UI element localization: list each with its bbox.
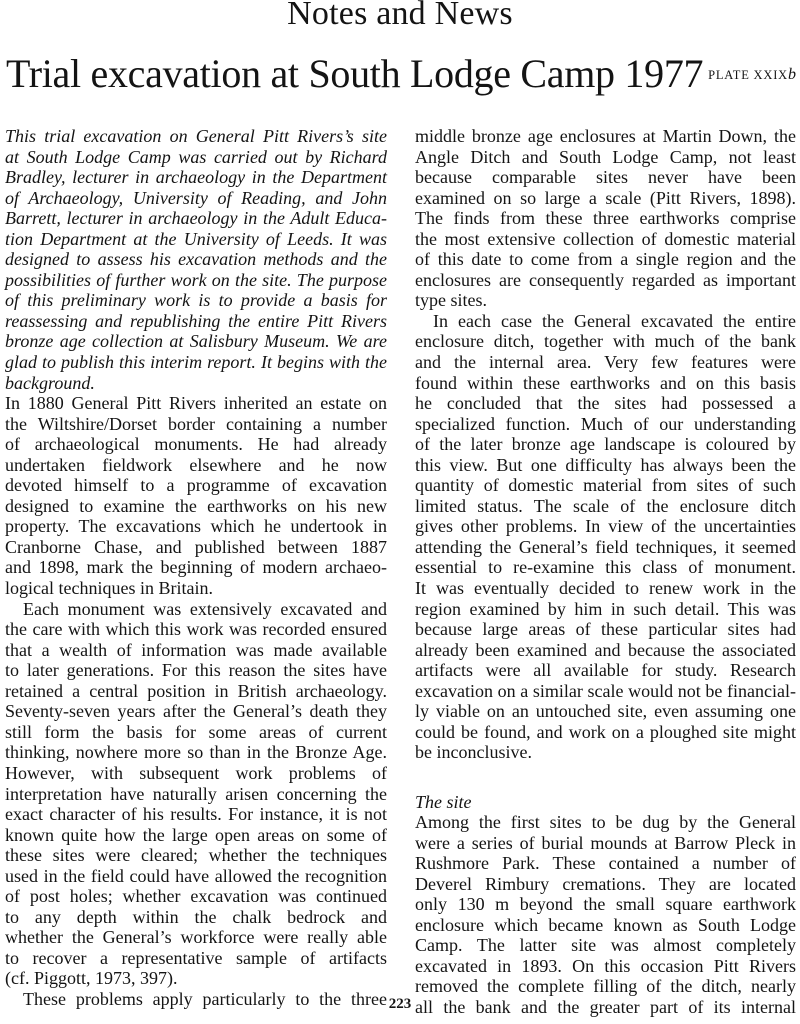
text-line: middle bronze age enclosures at Martin D… [415,126,796,147]
text-line: be inconclusive. [415,742,796,763]
text-line: designed to assess his excavation method… [5,249,387,270]
text-line: The finds from these three earthworks co… [415,208,796,229]
text-line: designed to examine the earthworks on hi… [5,496,387,517]
text-line: he concluded that the sites had possesse… [415,393,796,414]
text-line: these sites were cleared; whether the te… [5,845,387,866]
text-line: used in the field could have allowed the… [5,866,387,887]
text-line: In each case the General excavated the e… [415,311,796,332]
text-line: still form the basis for some areas of c… [5,722,387,743]
text-line: property. The excavations which he under… [5,516,387,537]
text-line: Deverel Rimbury cremations. They are loc… [415,874,796,895]
text-line: were a series of burial mounds at Barrow… [415,833,796,854]
text-line: could be found, and work on a ploughed s… [415,722,796,743]
text-line: to any depth within the chalk bedrock an… [5,907,387,928]
spacer [415,784,796,792]
text-line: removed the complete filling of the ditc… [415,976,796,997]
text-line: enclosure which became known as South Lo… [415,915,796,936]
text-line: This trial excavation on General Pitt Ri… [5,126,387,147]
text-line: excavation on a similar scale would not … [415,681,796,702]
text-line: interpretation have naturally arisen con… [5,784,387,805]
text-line: already been examined and because the as… [415,640,796,661]
text-line: In 1880 General Pitt Rivers inherited an… [5,393,387,414]
text-line: essential to re-examine this class of mo… [415,557,796,578]
text-line: region examined by him in such detail. T… [415,599,796,620]
text-line: found within these earthworks and on thi… [415,373,796,394]
article-title: Trial excavation at South Lodge Camp 197… [6,50,703,98]
page-number: 223 [0,996,800,1013]
text-line: possibilities of further work on the sit… [5,270,387,291]
paragraph: In each case the General excavated the e… [415,311,796,763]
text-line: However, with subsequent work problems o… [5,763,387,784]
text-line: attending the General’s field techniques… [415,537,796,558]
text-line: Seventy-seven years after the General’s … [5,701,387,722]
text-line: only 130 m beyond the small square earth… [415,894,796,915]
paragraph: In 1880 General Pitt Rivers inherited an… [5,393,387,598]
text-line: at South Lodge Camp was carried out by R… [5,147,387,168]
text-line: ly viable on an untouched site, even ass… [415,701,796,722]
section-heading: Notes and News [0,0,800,34]
text-line: examined on so large a scale (Pitt River… [415,188,796,209]
text-line: thinking, nowhere more so than in the Br… [5,742,387,763]
text-line: background. [5,373,387,394]
text-line: because comparable sites never have been [415,167,796,188]
text-line: quantity of domestic material from sites… [415,475,796,496]
text-line: the care with which this work was record… [5,619,387,640]
text-line: Bradley, lecturer in archaeology in the … [5,167,387,188]
text-line: and 1898, mark the beginning of modern a… [5,557,387,578]
text-line: Camp. The latter site was almost complet… [415,935,796,956]
text-line: retained a central position in British a… [5,681,387,702]
text-line: Angle Ditch and South Lodge Camp, not le… [415,147,796,168]
text-line: of this preliminary work is to provide a… [5,290,387,311]
text-line: of the later bronze age landscape is col… [415,434,796,455]
text-line: tion Department at the University of Lee… [5,229,387,250]
text-line: reassessing and republishing the entire … [5,311,387,332]
paragraph: Each monument was extensively excavated … [5,599,387,989]
text-line: artifacts were all available for study. … [415,660,796,681]
plate-label: PLATE XXIX [708,68,788,82]
left-column: This trial excavation on General Pitt Ri… [5,126,387,1010]
text-line: bronze age collection at Salisbury Museu… [5,331,387,352]
text-line: the Wiltshire/Dorset border containing a… [5,414,387,435]
spacer [415,763,796,784]
text-line: glad to publish this interim report. It … [5,352,387,373]
text-line: known quite how the large open areas on … [5,825,387,846]
text-line: gives other problems. In view of the unc… [415,516,796,537]
text-line: logical techniques in Britain. [5,578,387,599]
plate-suffix: b [788,66,796,83]
text-line: to recover a representative sample of ar… [5,948,387,969]
paragraph: middle bronze age enclosures at Martin D… [415,126,796,311]
text-line: Each monument was extensively excavated … [5,599,387,620]
text-line: type sites. [415,290,796,311]
text-line: of post holes; whether excavation was co… [5,886,387,907]
text-line: of this date to come from a single regio… [415,249,796,270]
text-line: whether the General’s workforce were rea… [5,927,387,948]
text-line: Among the first sites to be dug by the G… [415,812,796,833]
text-line: (cf. Piggott, 1973, 397). [5,968,387,989]
text-line: Cranborne Chase, and published between 1… [5,537,387,558]
text-line: the most extensive collection of domesti… [415,229,796,250]
plate-reference: PLATE XXIXb [708,66,796,84]
text-line: devoted himself to a programme of excava… [5,475,387,496]
editorial-abstract: This trial excavation on General Pitt Ri… [5,126,387,393]
text-line: because large areas of these particular … [415,619,796,640]
text-line: It was eventually decided to renew work … [415,578,796,599]
text-line: undertaken fieldwork elsewhere and he no… [5,455,387,476]
text-line: this view. But one difficulty has always… [415,455,796,476]
text-line: and the internal area. Very few features… [415,352,796,373]
text-line: exact character of his results. For inst… [5,804,387,825]
text-line: specialized function. Much of our unders… [415,414,796,435]
text-line: limited status. The scale of the enclosu… [415,496,796,517]
paragraph: Among the first sites to be dug by the G… [415,812,796,1017]
text-line: Barrett, lecturer in archaeology in the … [5,208,387,229]
text-line: to later generations. For this reason th… [5,660,387,681]
text-line: enclosures are consequently regarded as … [415,270,796,291]
right-column: middle bronze age enclosures at Martin D… [415,126,796,1018]
text-line: excavated in 1893. On this occasion Pitt… [415,956,796,977]
text-line: enclosure ditch, together with much of t… [415,331,796,352]
subheading: The site [415,792,796,813]
text-line: of archaeological monuments. He had alre… [5,434,387,455]
text-line: that a wealth of information was made av… [5,640,387,661]
text-line: Rushmore Park. These contained a number … [415,853,796,874]
text-line: of Archaeology, University of Reading, a… [5,188,387,209]
